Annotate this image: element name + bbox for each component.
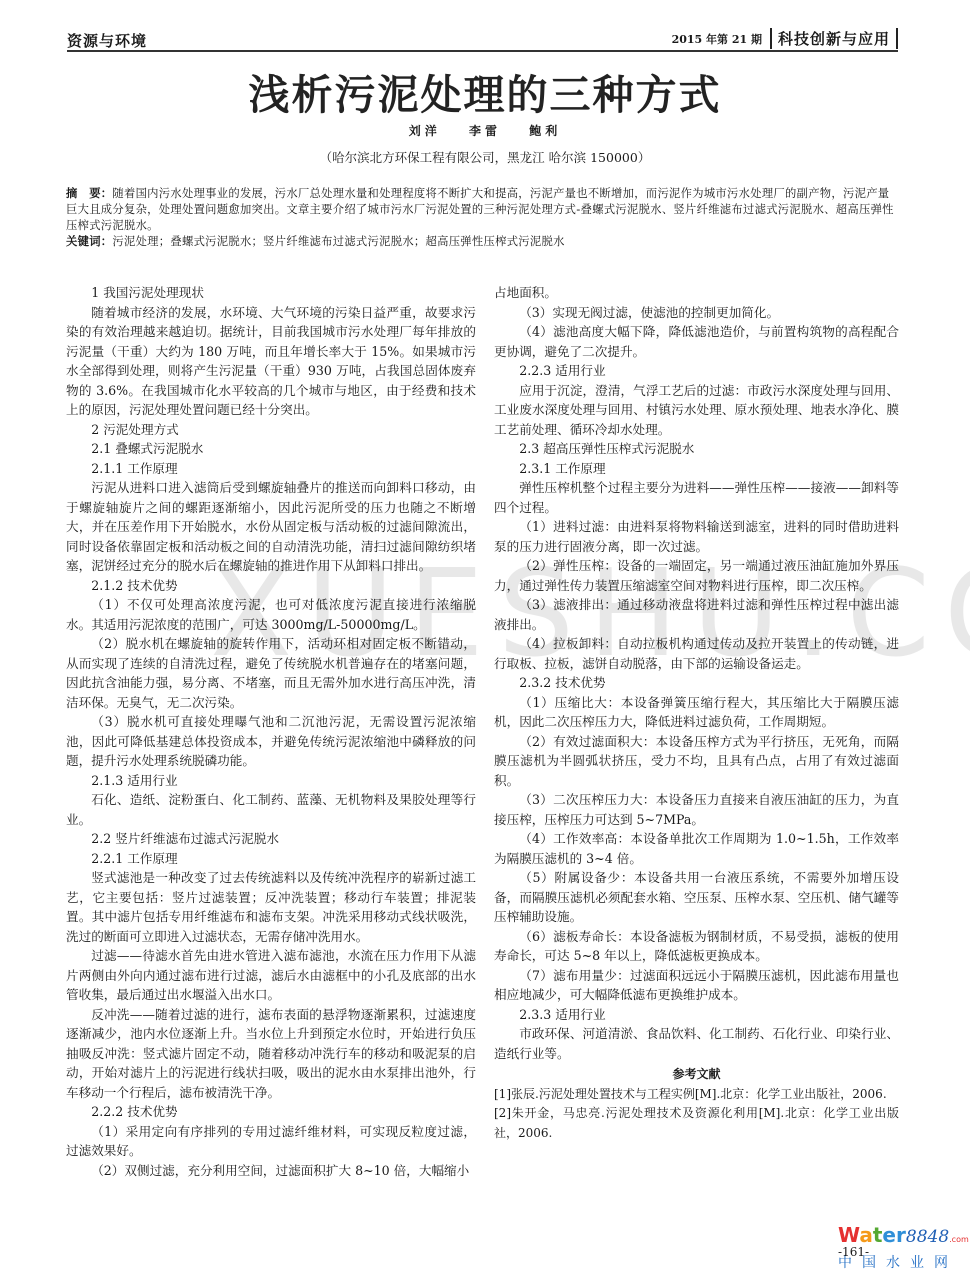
abstract: 摘 要：随着国内污水处理事业的发展，污水厂总处理水量和处理程度将不断扩大和提高，… [66,186,899,250]
paragraph: 应用于沉淀，澄清，气浮工艺后的过滤：市政污水深度处理与回用、工业废水深度处理与回… [494,381,899,440]
paragraph: （2）双侧过滤，充分利用空间，过滤面积扩大 8~10 倍，大幅缩小 [66,1161,476,1181]
section-heading: 2.1.1 工作原理 [66,459,476,479]
right-column-body: 占地面积。（3）实现无阀过滤，使滤池的控制更加简化。（4）滤池高度大幅下降，降低… [494,283,899,1063]
references-title: 参考文献 [494,1065,899,1085]
reference-item: [2]朱开金，马忠亮.污泥处理技术及资源化利用[M].北京：化学工业出版社，20… [494,1104,899,1143]
abstract-text: 随着国内污水处理事业的发展，污水厂总处理水量和处理程度将不断扩大和提高，污泥产量… [66,187,894,232]
paragraph: 竖式滤池是一种改变了过去传统滤料以及传统冲洗程序的崭新过滤工艺，它主要包括：竖片… [66,868,476,946]
paragraph: （4）滤池高度大幅下降，降低滤池造价，与前置构筑物的高程配合更协调，避免了二次提… [494,322,899,361]
section-heading: 2.2.2 技术优势 [66,1102,476,1122]
paragraph: 弹性压榨机整个过程主要分为进料——弹性压榨——接液——卸料等四个过程。 [494,478,899,517]
article-title: 浅析污泥处理的三种方式 [0,62,970,121]
authors: 刘洋 李雷 鲍利 [0,122,970,139]
running-head-right: 2015 年第 21 期 科技创新与应用 [672,28,898,49]
journal-column: 科技创新与应用 [770,28,898,49]
reference-item: [1]张辰.污泥处理处置技术与工程实例[M].北京：化学工业出版社，2006. [494,1085,899,1105]
paragraph: （5）附属设备少：本设备共用一台液压系统，不需要外加增压设备，而隔膜压滤机必须配… [494,868,899,927]
keywords: 关键词：污泥处理；叠螺式污泥脱水；竖片纤维滤布过滤式污泥脱水；超高压弹性压榨式污… [66,234,899,250]
section-heading: 2.3 超高压弹性压榨式污泥脱水 [494,439,899,459]
affiliation: （哈尔滨北方环保工程有限公司，黑龙江 哈尔滨 150000） [0,148,970,166]
paragraph: （3）滤液排出：通过移动液盘将进料过滤和弹性压榨过程中滤出滤液排出。 [494,595,899,634]
section-heading: 2.1.3 适用行业 [66,771,476,791]
issue-number: 2015 年第 21 期 [672,31,762,47]
keywords-label: 关键词： [66,235,112,248]
paragraph: （2）弹性压榨：设备的一端固定，另一端通过液压油缸施加外界压力，通过弹性传力装置… [494,556,899,595]
section-heading: 2.1 叠螺式污泥脱水 [66,439,476,459]
section-heading: 2.2.3 适用行业 [494,361,899,381]
paragraph: （2）有效过滤面积大：本设备压榨方式为平行挤压，无死角，而隔膜压滤机为半圆弧状挤… [494,732,899,791]
journal-section: 资源与环境 [67,30,147,51]
author: 李雷 [469,124,501,138]
paragraph: （7）滤布用量少：过滤面积远远小于隔膜压滤机，因此滤布用量也相应地减少，可大幅降… [494,966,899,1005]
section-heading: 2.1.2 技术优势 [66,576,476,596]
section-heading: 2.2 竖片纤维滤布过滤式污泥脱水 [66,829,476,849]
paragraph: （1）进料过滤：由进料泵将物料输送到滤室，进料的同时借助进料泵的压力进行固液分离… [494,517,899,556]
paragraph: （4）拉板卸料：自动拉板机构通过传动及拉开装置上的传动链，进行取板、拉板，滤饼自… [494,634,899,673]
paragraph: （3）二次压榨压力大：本设备压力直接来自液压油缸的压力，为直接压榨，压榨压力可达… [494,790,899,829]
section-heading: 2.3.1 工作原理 [494,459,899,479]
right-column: 占地面积。（3）实现无阀过滤，使滤池的控制更加简化。（4）滤池高度大幅下降，降低… [494,283,899,1143]
paragraph: （2）脱水机在螺旋轴的旋转作用下，活动环相对固定板不断错动，从而实现了连续的自清… [66,634,476,712]
paragraph: （6）滤板寿命长：本设备滤板为钢制材质，不易受损，滤板的使用寿命长，可达 5~8… [494,927,899,966]
section-heading: 2.3.3 适用行业 [494,1005,899,1025]
paragraph: 过滤——待滤水首先由进水管进入滤布滤池，水流在压力作用下从滤片两侧由外向内通过滤… [66,946,476,1005]
keywords-text: 污泥处理；叠螺式污泥脱水；竖片纤维滤布过滤式污泥脱水；超高压弹性压榨式污泥脱水 [112,235,564,248]
paragraph: （1）压缩比大：本设备弹簧压缩行程大，其压缩比大于隔膜压滤机，因此二次压榨压力大… [494,693,899,732]
paragraph: （1）采用定向有序排列的专用过滤纤维材料，可实现反粒度过滤，过滤效果好。 [66,1122,476,1161]
abstract-label: 摘 要： [66,187,112,200]
page-number: -161- [838,1245,869,1259]
section-heading: 2.3.2 技术优势 [494,673,899,693]
paragraph: （1）不仅可处理高浓度污泥，也可对低浓度污泥直接进行浓缩脱水。其适用污泥浓度的范… [66,595,476,634]
section-heading: 2.2.1 工作原理 [66,849,476,869]
paragraph: 污泥从进料口进入滤筒后受到螺旋轴叠片的推送而向卸料口移动，由于螺旋轴旋片之间的螺… [66,478,476,576]
left-column: 1 我国污泥处理现状随着城市经济的发展，水环境、大气环境的污染日益严重，故要求污… [66,283,476,1180]
paragraph: 随着城市经济的发展，水环境、大气环境的污染日益严重，故要求污染的有效治理越来越迫… [66,303,476,420]
section-heading: 2 污泥处理方式 [66,420,476,440]
author: 刘洋 [409,124,441,138]
abstract-body: 摘 要：随着国内污水处理事业的发展，污水厂总处理水量和处理程度将不断扩大和提高，… [66,186,899,234]
running-head: 资源与环境 2015 年第 21 期 科技创新与应用 [67,28,898,52]
paragraph: （4）工作效率高：本设备单批次工作周期为 1.0~1.5h，工作效率为隔膜压滤机… [494,829,899,868]
paragraph: 反冲洗——随着过滤的进行，滤布表面的悬浮物逐渐累积，过滤速度逐渐减少，池内水位逐… [66,1005,476,1103]
paragraph: （3）实现无阀过滤，使滤池的控制更加简化。 [494,303,899,323]
author: 鲍利 [529,124,561,138]
paragraph: （3）脱水机可直接处理曝气池和二沉池污泥，无需设置污泥浓缩池，因此可降低基建总体… [66,712,476,771]
paragraph: 占地面积。 [494,283,899,303]
section-heading: 1 我国污泥处理现状 [66,283,476,303]
paragraph: 市政环保、河道清淤、食品饮料、化工制药、石化行业、印染行业、造纸行业等。 [494,1024,899,1063]
paragraph: 石化、造纸、淀粉蛋白、化工制药、蓝藻、无机物料及果胶处理等行业。 [66,790,476,829]
